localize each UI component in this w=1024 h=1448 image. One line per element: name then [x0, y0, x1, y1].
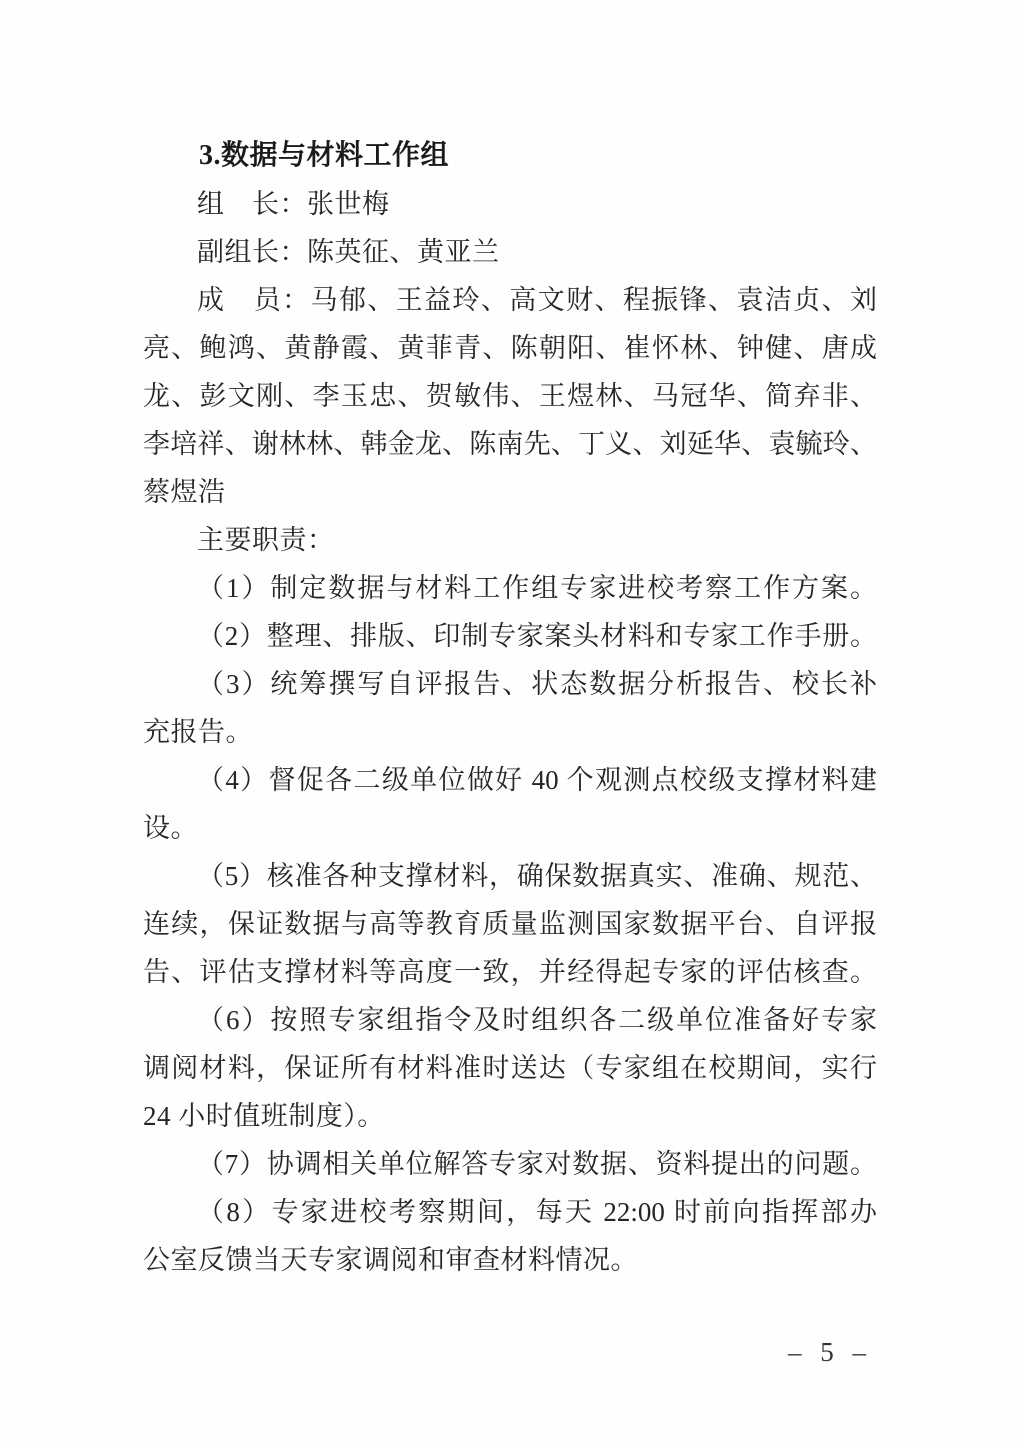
text-line: 告、评估支撑材料等高度一致，并经得起专家的评估核查。: [143, 948, 877, 996]
text-line: 公室反馈当天专家调阅和审查材料情况。: [143, 1236, 877, 1284]
text-line: 蔡煜浩: [143, 468, 877, 516]
text-line: （4）督促各二级单位做好 40 个观测点校级支撑材料建: [143, 756, 877, 804]
text-line: （3）统筹撰写自评报告、状态数据分析报告、校长补: [143, 660, 877, 708]
text-line: （2）整理、排版、印制专家案头材料和专家工作手册。: [143, 612, 877, 660]
text-line: （8）专家进校考察期间，每天 22:00 时前向指挥部办: [143, 1188, 877, 1236]
text-line: （7）协调相关单位解答专家对数据、资料提出的问题。: [143, 1140, 877, 1188]
text-line: 组 长：张世梅: [143, 180, 877, 228]
text-line: 主要职责：: [143, 516, 877, 564]
text-line: （1）制定数据与材料工作组专家进校考察工作方案。: [143, 564, 877, 612]
text-line: （6）按照专家组指令及时组织各二级单位准备好专家: [143, 996, 877, 1044]
text-line: 成 员：马郁、王益玲、高文财、程振锋、袁洁贞、刘: [143, 276, 877, 324]
page-number: – 5 –: [788, 1332, 872, 1372]
text-line: 24 小时值班制度）。: [143, 1092, 877, 1140]
text-line: 副组长：陈英征、黄亚兰: [143, 228, 877, 276]
text-line: 连续，保证数据与高等教育质量监测国家数据平台、自评报: [143, 900, 877, 948]
section-heading: 3.数据与材料工作组: [143, 132, 877, 180]
text-line: （5）核准各种支撑材料，确保数据真实、准确、规范、: [143, 852, 877, 900]
document-page: 3.数据与材料工作组 组 长：张世梅副组长：陈英征、黄亚兰成 员：马郁、王益玲、…: [0, 0, 1024, 1448]
text-line: 设。: [143, 804, 877, 852]
text-line: 李培祥、谢林林、韩金龙、陈南先、丁义、刘延华、袁毓玲、: [143, 420, 877, 468]
text-line: 亮、鲍鸿、黄静霞、黄菲青、陈朝阳、崔怀林、钟健、唐成: [143, 324, 877, 372]
text-line: 龙、彭文刚、李玉忠、贺敏伟、王煜林、马冠华、简弃非、: [143, 372, 877, 420]
text-line: 调阅材料，保证所有材料准时送达（专家组在校期间，实行: [143, 1044, 877, 1092]
text-line: 充报告。: [143, 708, 877, 756]
document-body: 组 长：张世梅副组长：陈英征、黄亚兰成 员：马郁、王益玲、高文财、程振锋、袁洁贞…: [143, 180, 877, 1284]
